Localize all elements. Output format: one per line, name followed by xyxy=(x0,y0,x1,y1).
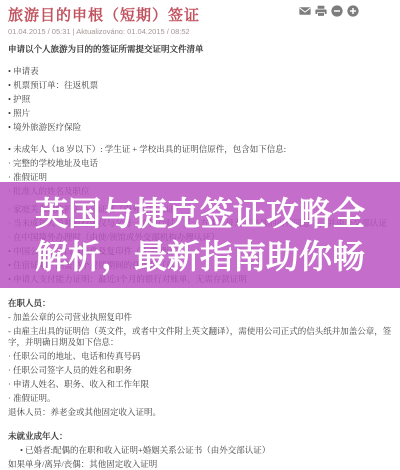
doc-line: 如果单身/离异/丧偶：其他固定收入证明 xyxy=(8,457,392,470)
doc-line: • 未成年人（18 岁以下）: 学生证 + 学校出具的证明信原件，包含如下信息: xyxy=(8,142,392,156)
doc-line: • 照片 xyxy=(8,106,392,120)
doc-line: · 准假证明。 xyxy=(8,391,392,405)
doc-line: • 境外旅游医疗保险 xyxy=(8,120,392,134)
zoom-in-icon[interactable] xyxy=(347,5,359,17)
doc-line: - 由雇主出具的证明信（英文件，或者中文件附上英文翻译），需使用公司正式的信头纸… xyxy=(8,324,392,349)
doc-line: · 任职公司的地址、电话和传真号码 xyxy=(8,349,392,363)
doc-line: - 加盖公章的公司营业执照复印件 xyxy=(8,310,392,324)
doc-line: • 申请表 xyxy=(8,64,392,78)
toolbar xyxy=(299,5,359,17)
doc-line: · 完整的学校地址及电话 xyxy=(8,156,392,170)
doc-line: • 已婚者:配偶的在职和收入证明+婚姻关系公证书（由外交部认证） xyxy=(8,443,392,457)
email-icon[interactable] xyxy=(299,5,311,17)
doc-line: 在职人员： xyxy=(8,296,392,310)
doc-line: 退休人员：养老金或其他固定收入证明。 xyxy=(8,405,392,419)
print-icon[interactable] xyxy=(315,5,327,17)
date-line: 01.04.2015 / 05:31 | Aktualizováno: 01.0… xyxy=(8,27,392,36)
promo-headline: 英国与捷克签证攻略全解析，最新指南助你畅 xyxy=(0,182,400,288)
doc-line: · 任职公司签字人员的姓名和职务 xyxy=(8,363,392,377)
doc-line: 未就业成年人： xyxy=(8,429,392,443)
doc-line: • 护照 xyxy=(8,92,392,106)
document-subtitle: 申请以个人旅游为目的的签证所需提交证明文件清单 xyxy=(8,43,392,55)
zoom-out-icon[interactable] xyxy=(331,5,343,17)
visa-document-page: 旅游目的申根（短期）签证 01.04.2015 / 05:31 | Aktual… xyxy=(0,0,400,470)
promo-overlay: 英国与捷克签证攻略全解析，最新指南助你畅 xyxy=(0,182,400,288)
doc-line: • 机票预订单：往返机票 xyxy=(8,78,392,92)
doc-line: · 申请人姓名、职务、收入和工作年限 xyxy=(8,377,392,391)
